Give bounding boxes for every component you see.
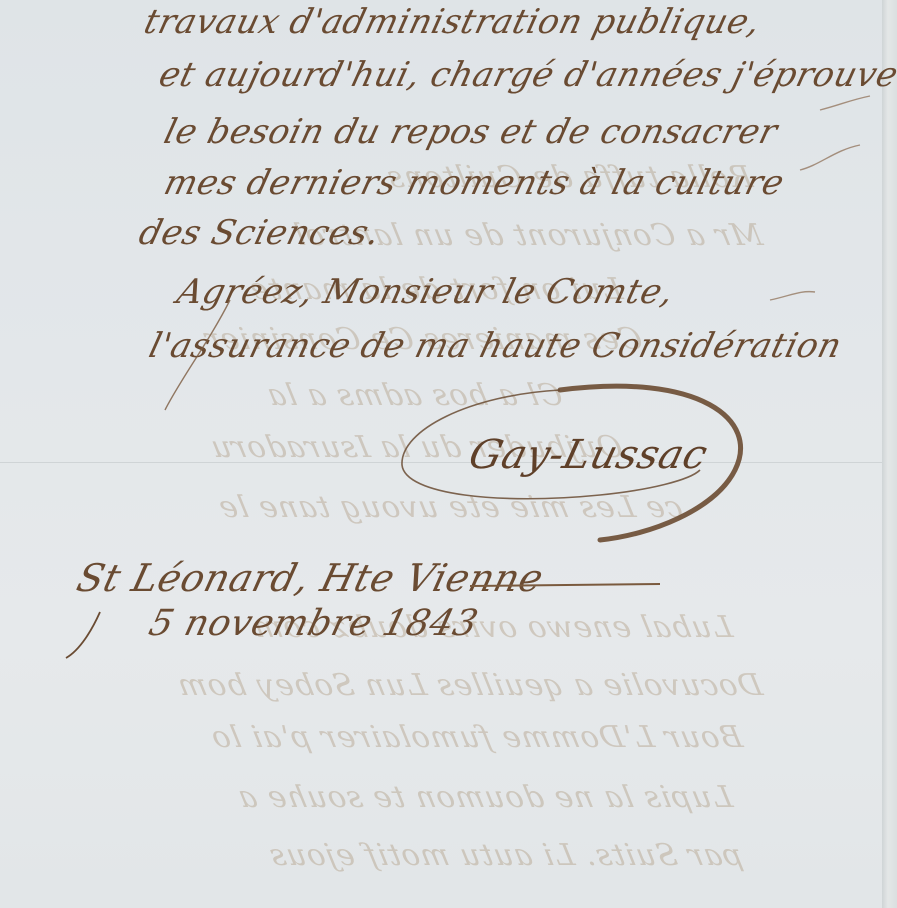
- letter-body-line-1: travaux d'administration publique,: [140, 2, 765, 42]
- bleed-line: Bour L'Domme fumolairer p'ai lo: [207, 720, 745, 755]
- signature: Gay-Lussac: [464, 432, 712, 478]
- letter-body-line-5: des Sciences.: [135, 213, 384, 253]
- bleed-line: Lupis la ne doumon te souhe a: [234, 780, 736, 815]
- bleed-line: ce Les mie ete uvoug tane le: [215, 490, 686, 525]
- bleed-line: par Suits. Li autu motif ejous: [266, 838, 746, 873]
- place-line: St Léonard, Hte Vienne: [73, 556, 549, 600]
- letter-body-line-2: et aujourd'hui, chargé d'années j'éprouv…: [155, 55, 897, 95]
- closing-line-1: Agréez, Monsieur le Comte,: [173, 272, 678, 312]
- letter-body-line-3: le besoin du repos et de consacrer: [160, 112, 782, 152]
- bleed-line: Docuvolie a qeuilles Lun Sobey bom: [173, 668, 765, 703]
- date-line: 5 novembre 1843: [145, 603, 482, 644]
- closing-line-2: l'assurance de ma haute Considération: [145, 326, 846, 366]
- paper-edge: [882, 0, 897, 908]
- letter-body-line-4: mes derniers moments à la culture: [160, 163, 788, 203]
- bleed-line: Cl a bos adms a la: [263, 378, 566, 413]
